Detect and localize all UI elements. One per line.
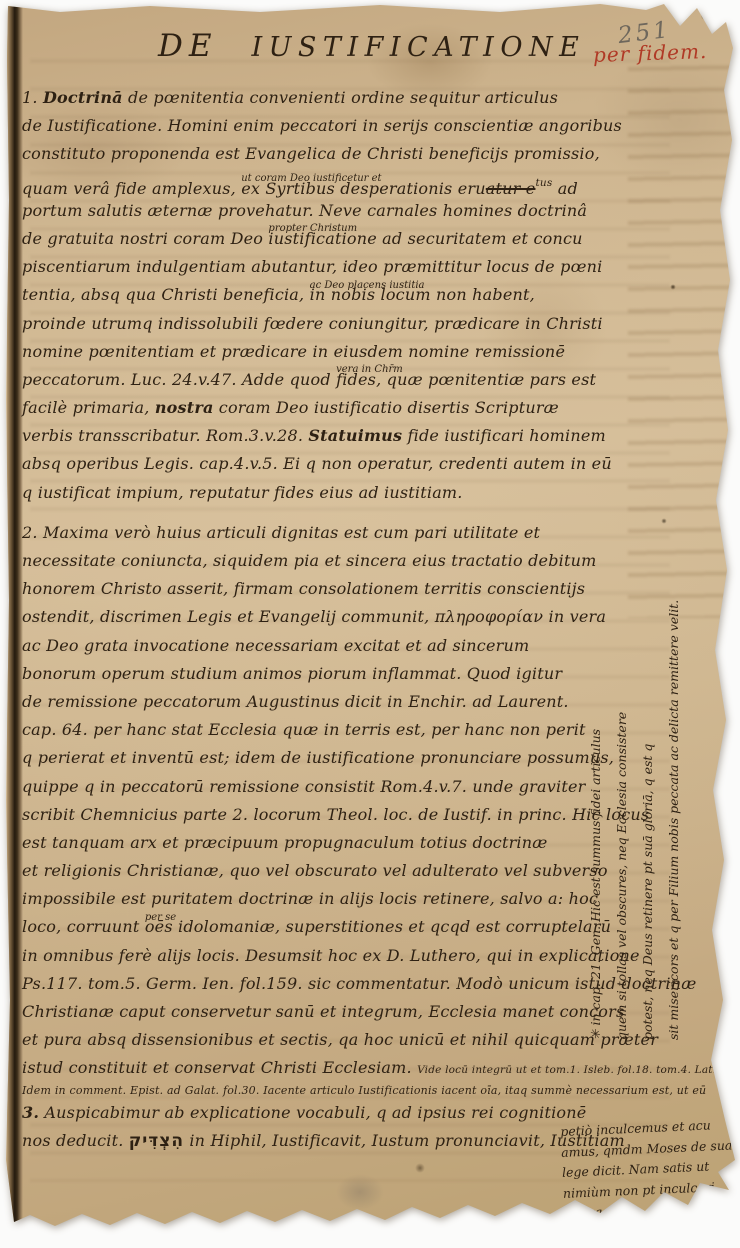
text-segment: 1.: [22, 88, 43, 107]
bottom-margin-note: petiò inculcemus et acuamus, qmdm Moses …: [560, 1114, 740, 1224]
interlinear-note: vera in Chr̄m: [336, 365, 403, 375]
text-segment: necessitate coniuncta, siquidem pia et s…: [22, 551, 596, 570]
manuscript-line: istud constituit et conservat Christi Ec…: [22, 1054, 734, 1082]
text-segment: istud constituit et conservat Christi Ec…: [22, 1058, 417, 1077]
text-segment: Statuimus: [308, 426, 402, 445]
paper-shadow-wrap: 251 DEIUSTIFICATIONEper fidem. 1. Doctri…: [0, 0, 740, 1248]
text-segment: et religionis Christianæ, quo vel obscur…: [22, 861, 608, 880]
title-prefix: DE: [158, 28, 217, 64]
text-segment: piscentiarum indulgentiam abutantur, ide…: [22, 257, 602, 276]
text-segment: proinde utrumq indissolubili fœdere coni…: [22, 314, 603, 333]
text-segment: et pura absq dissensionibus et sectis, q…: [22, 1030, 658, 1049]
text-segment: Doctrinā: [43, 88, 123, 107]
margin-note-line: sit misericors et q per Filium nobis pec…: [661, 595, 687, 1040]
manuscript-line: nomine pœnitentiam et prædicare in eiusd…: [22, 338, 734, 366]
text-segment: ac Deo grata invocatione necessariam exc…: [22, 636, 529, 655]
text-segment: Auspicabimur ab explicatione vocabuli, q…: [39, 1103, 586, 1122]
interlinear-note: propter Christum: [268, 224, 357, 234]
text-segment: facilè primaria,: [22, 398, 155, 417]
text-segment: nos deducit.: [22, 1131, 129, 1150]
manuscript-line: 1. Doctrinā de pœnitentia convenienti or…: [22, 84, 734, 112]
text-segment: nomine pœnitentiam et prædicare in eiusd…: [22, 342, 565, 361]
text-segment: tus: [535, 177, 552, 189]
text-segment: ad: [552, 179, 577, 198]
interlinear-note: per se: [145, 913, 176, 923]
text-segment: Vide locū integrū ut et tom.1. Isleb. fo…: [417, 1064, 740, 1076]
text-segment: de remissione peccatorum Augustinus dici…: [22, 692, 569, 711]
annotated-segment: vera in Chr̄mfides, quæ pœnitentiæ pars …: [336, 370, 596, 389]
manuscript-line: 2. Maxima verò huius articuli dignitas e…: [22, 519, 734, 547]
margin-note-line: potest, neq Deus retinere pt suā gloriā,…: [635, 595, 661, 1040]
text-segment: coram Deo iustificatio disertis Scriptur…: [214, 398, 559, 417]
text-segment: scribit Chemnicius parte 2. locorum Theo…: [22, 805, 649, 824]
text-segment: atur e: [486, 179, 536, 198]
text-segment: fide iustificari hominem: [402, 426, 606, 445]
text-segment: de Iustificatione. Homini enim peccatori…: [22, 116, 622, 135]
text-segment: in Hiphil, Iustificavit, Iustum pronunci…: [184, 1131, 625, 1150]
manuscript-page: 251 DEIUSTIFICATIONEper fidem. 1. Doctri…: [0, 0, 740, 1248]
annotated-segment: per seoēs idolomaniæ, superstitiones et …: [145, 917, 611, 936]
manuscript-scan: 251 DEIUSTIFICATIONEper fidem. 1. Doctri…: [0, 0, 740, 1248]
text-segment: bonorum operum studium animos piorum inf…: [22, 664, 562, 683]
margin-note-line: ✳ in cap. 21. Gen. Hic est summus fidei …: [583, 595, 609, 1040]
annotated-segment: ut coram Deo iustificetur etex Syrtibus …: [241, 179, 486, 198]
text-segment: verbis transscribatur. Rom.3.v.28.: [22, 426, 308, 445]
manuscript-line: de gratuita nostri coram Deo propter Chr…: [22, 225, 734, 253]
title-main: IUSTIFICATIONE: [251, 32, 585, 63]
text-segment: Christianæ caput conservetur sanū et int…: [22, 1002, 624, 1021]
text-segment: quam verâ fide amplexus,: [22, 179, 241, 198]
text-segment: ostendit, discrimen Legis et Evangelij c…: [22, 607, 606, 626]
manuscript-line: tentia, absq qua Christi beneficia, ac D…: [22, 281, 734, 309]
text-segment: tentia, absq qua Christi beneficia,: [22, 285, 310, 304]
text-segment: loco, corruunt: [22, 917, 145, 936]
manuscript-line: Idem in comment. Epist. ad Galat. fol.30…: [22, 1083, 734, 1099]
manuscript-line: de Iustificatione. Homini enim peccatori…: [22, 112, 734, 140]
interlinear-note: ac Deo placens iustitia: [310, 281, 425, 291]
manuscript-line: quam verâ fide amplexus, ut coram Deo iu…: [22, 169, 734, 197]
text-segment: הִצְדִּיק: [129, 1131, 184, 1151]
manuscript-line: facilè primaria, nostra coram Deo iustif…: [22, 394, 734, 422]
text-segment: de pœnitentia convenienti ordine sequitu…: [123, 88, 558, 107]
vertical-margin-note: ✳ in cap. 21. Gen. Hic est summus fidei …: [583, 595, 687, 1040]
text-segment: 2. Maxima verò huius articuli dignitas e…: [22, 523, 540, 542]
text-segment: q perierat et inventū est; idem de iusti…: [22, 748, 614, 767]
manuscript-line: verbis transscribatur. Rom.3.v.28. Statu…: [22, 422, 734, 450]
text-segment: Idem in comment. Epist. ad Galat. fol.30…: [22, 1084, 706, 1097]
page-title: DEIUSTIFICATIONEper fidem.: [158, 28, 708, 64]
binding-edge: [7, 0, 23, 1248]
manuscript-line: q iustificat impium, reputatur fides eiu…: [22, 479, 734, 507]
manuscript-line: piscentiarum indulgentiam abutantur, ide…: [22, 253, 734, 281]
interlinear-note: ut coram Deo iustificetur et: [241, 174, 381, 184]
text-segment: est tanquam arx et præcipuum propugnacul…: [22, 833, 548, 852]
text-segment: q iustificat impium, reputatur fides eiu…: [22, 483, 463, 502]
manuscript-line: proinde utrumq indissolubili fœdere coni…: [22, 310, 734, 338]
title-addition-red: per fidem.: [593, 39, 708, 67]
manuscript-line: necessitate coniuncta, siquidem pia et s…: [22, 547, 734, 575]
text-segment: portum salutis æternæ provehatur. Neve c…: [22, 201, 587, 220]
annotated-segment: ac Deo placens iustitiain nobis locum no…: [310, 285, 535, 304]
text-segment: impossibile est puritatem doctrinæ in al…: [22, 889, 598, 908]
text-segment: cap. 64. per hanc stat Ecclesia quæ in t…: [22, 720, 586, 739]
text-segment: absq operibus Legis. cap.4.v.5. Ei q non…: [22, 454, 612, 473]
manuscript-line: peccatorum. Luc. 24.v.47. Adde quod vera…: [22, 366, 734, 394]
text-segment: peccatorum. Luc. 24.v.47. Adde quod: [22, 370, 336, 389]
margin-note-line: quem si tollas vel obscures, neq Ecclesi…: [609, 595, 635, 1040]
manuscript-line: portum salutis æternæ provehatur. Neve c…: [22, 197, 734, 225]
text-segment: in omnibus ferè alijs locis. Desumsit ho…: [22, 946, 640, 965]
text-segment: constituto proponenda est Evangelica de …: [22, 144, 600, 163]
manuscript-line: constituto proponenda est Evangelica de …: [22, 140, 734, 168]
annotated-segment: propter Christumiustificatione ad securi…: [268, 229, 582, 248]
text-segment: 3.: [22, 1103, 39, 1122]
text-segment: oēs idolomaniæ, superstitiones et qcqd e…: [145, 917, 611, 936]
manuscript-line: absq operibus Legis. cap.4.v.5. Ei q non…: [22, 450, 734, 478]
text-segment: nostra: [155, 398, 214, 417]
text-segment: honorem Christo asserit, firmam consolat…: [22, 579, 585, 598]
text-segment: de gratuita nostri coram Deo: [22, 229, 268, 248]
text-segment: quippe q in peccatorū remissione consist…: [22, 777, 585, 796]
